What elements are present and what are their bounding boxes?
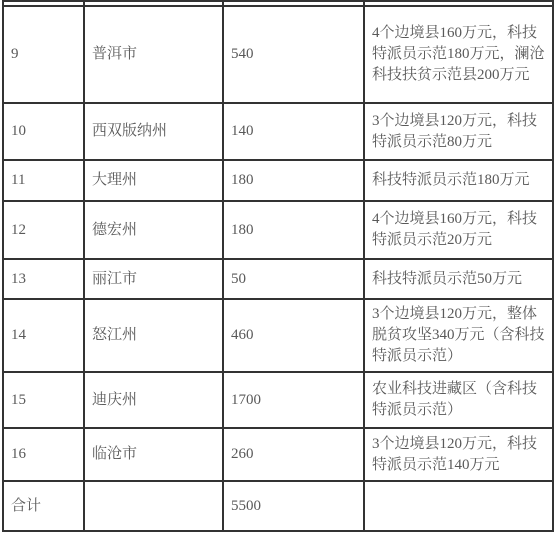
note-cell: 农业科技进藏区（含科技特派员示范） [364, 372, 553, 428]
region-cell: 大理州 [84, 160, 223, 201]
row-index-cell: 10 [3, 103, 84, 160]
note-cell: 科技特派员示范180万元 [364, 160, 553, 201]
note-cell: 4个边境县160万元，科技特派员示范20万元 [364, 201, 553, 259]
region-cell: 丽江市 [84, 259, 223, 299]
row-index-cell: 13 [3, 259, 84, 299]
note-cell: 3个边境县120万元，整体脱贫攻坚340万元（含科技特派员示范） [364, 299, 553, 372]
table-row: 10 西双版纳州 140 3个边境县120万元，科技特派员示范80万元 [3, 103, 553, 160]
table-row: 14 怒江州 460 3个边境县120万元，整体脱贫攻坚340万元（含科技特派员… [3, 299, 553, 372]
amount-cell: 460 [223, 299, 364, 372]
amount-cell: 540 [223, 6, 364, 103]
amount-cell: 180 [223, 160, 364, 201]
amount-cell: 140 [223, 103, 364, 160]
amount-cell: 180 [223, 201, 364, 259]
note-cell: 4个边境县160万元，科技特派员示范180万元，澜沧科技扶贫示范县200万元 [364, 6, 553, 103]
row-index-cell: 9 [3, 6, 84, 103]
total-row: 合计 5500 [3, 481, 553, 531]
total-label-cell: 合计 [3, 481, 84, 531]
document-page: 9 普洱市 540 4个边境县160万元，科技特派员示范180万元，澜沧科技扶贫… [0, 0, 555, 559]
table-row: 9 普洱市 540 4个边境县160万元，科技特派员示范180万元，澜沧科技扶贫… [3, 6, 553, 103]
region-cell: 迪庆州 [84, 372, 223, 428]
amount-cell: 1700 [223, 372, 364, 428]
total-amount-cell: 5500 [223, 481, 364, 531]
region-cell: 德宏州 [84, 201, 223, 259]
region-cell: 普洱市 [84, 6, 223, 103]
region-cell: 临沧市 [84, 428, 223, 481]
table-row: 11 大理州 180 科技特派员示范180万元 [3, 160, 553, 201]
row-index-cell: 12 [3, 201, 84, 259]
row-index-cell: 16 [3, 428, 84, 481]
amount-cell: 50 [223, 259, 364, 299]
region-cell: 西双版纳州 [84, 103, 223, 160]
table-row: 12 德宏州 180 4个边境县160万元，科技特派员示范20万元 [3, 201, 553, 259]
row-index-cell: 15 [3, 372, 84, 428]
row-index-cell: 11 [3, 160, 84, 201]
table-row: 16 临沧市 260 3个边境县120万元，科技特派员示范140万元 [3, 428, 553, 481]
funding-allocation-table: 9 普洱市 540 4个边境县160万元，科技特派员示范180万元，澜沧科技扶贫… [2, 0, 554, 532]
table-row: 15 迪庆州 1700 农业科技进藏区（含科技特派员示范） [3, 372, 553, 428]
table-row: 13 丽江市 50 科技特派员示范50万元 [3, 259, 553, 299]
note-cell: 科技特派员示范50万元 [364, 259, 553, 299]
note-cell: 3个边境县120万元，科技特派员示范80万元 [364, 103, 553, 160]
region-cell: 怒江州 [84, 299, 223, 372]
amount-cell: 260 [223, 428, 364, 481]
note-cell: 3个边境县120万元，科技特派员示范140万元 [364, 428, 553, 481]
region-cell [84, 481, 223, 531]
note-cell [364, 481, 553, 531]
row-index-cell: 14 [3, 299, 84, 372]
